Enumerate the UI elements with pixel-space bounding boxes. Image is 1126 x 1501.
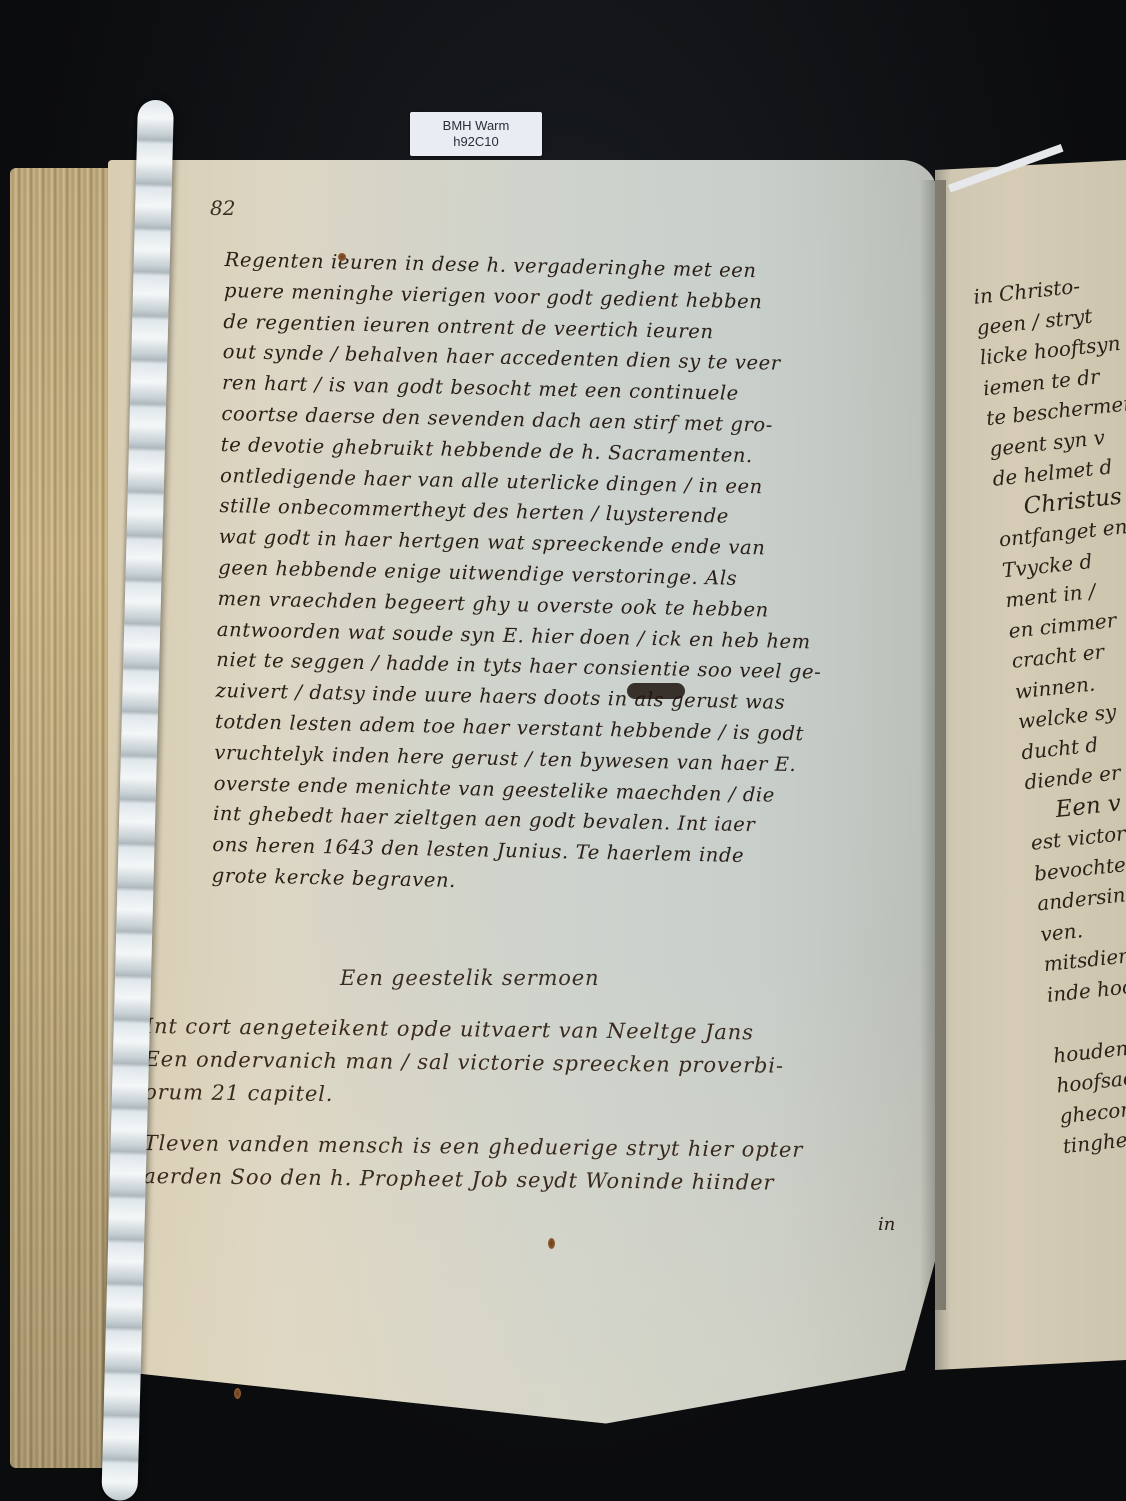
catchword: in bbox=[878, 1214, 895, 1235]
archive-label-line2: h92C10 bbox=[453, 134, 499, 150]
section-heading: Een geestelik sermoen bbox=[340, 966, 599, 990]
folio-number: 82 bbox=[210, 196, 235, 220]
sermon-text: Int cort aengeteikent opde uitvaert van … bbox=[143, 1010, 945, 1201]
archive-shelfmark-label: BMH Warm h92C10 bbox=[410, 112, 542, 156]
wormhole bbox=[338, 253, 346, 261]
manuscript-body: Regenten ieuren in dese h. vergaderinghe… bbox=[211, 245, 924, 906]
ink-blot bbox=[627, 683, 685, 699]
archive-label-line1: BMH Warm bbox=[443, 118, 510, 134]
wormhole bbox=[548, 1238, 555, 1249]
manuscript-photo: BMH Warm h92C10 in Christo- geen / stryt… bbox=[0, 0, 1126, 1501]
wormhole bbox=[234, 1388, 241, 1399]
